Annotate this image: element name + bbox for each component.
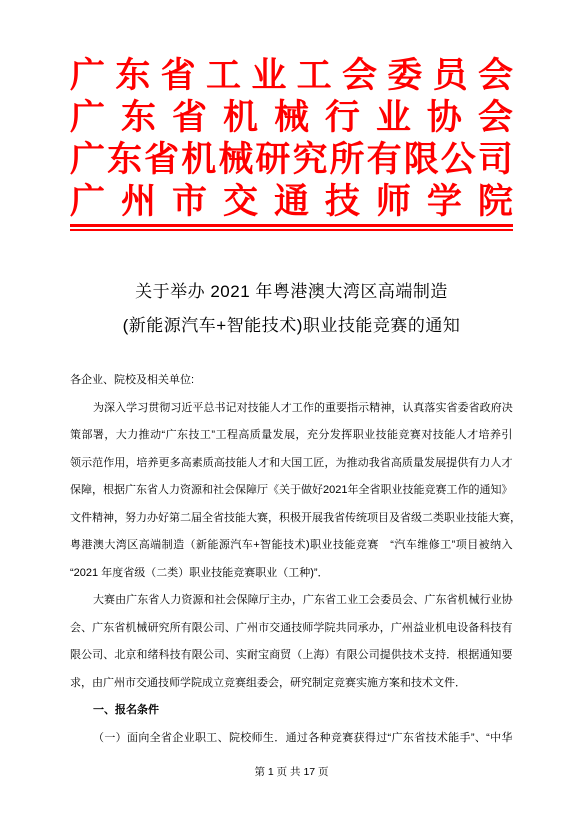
body-line: 为深入学习贯彻习近平总书记对技能人才工作的重要指示精神，认真落实省委省政府决	[70, 395, 513, 423]
body-line: 限公司、北京和绪科技有限公司、实耐宝商贸（上海）有限公司提供技术支持．根据通知要	[70, 642, 513, 670]
page-footer: 第 1 页 共 17 页	[70, 761, 513, 783]
body-line: 求，由广州市交通技师学院成立竞赛组委会，研究制定竞赛实施方案和技术文件．	[70, 670, 513, 698]
title-line-1: 关于举办 2021 年粤港澳大湾区高端制造	[70, 275, 513, 309]
body-line: 粤港澳大湾区高端制造（新能源汽车+智能技术)职业技能竞赛 “汽车维修工”项目被纳…	[70, 532, 513, 560]
title-line-2: (新能源汽车+智能技术)职业技能竞赛的通知	[70, 309, 513, 343]
document-body: 各企业、院校及相关单位: 为深入学习贯彻习近平总书记对技能人才工作的重要指示精神…	[70, 367, 513, 752]
document-title: 关于举办 2021 年粤港澳大湾区高端制造 (新能源汽车+智能技术)职业技能竞赛…	[70, 275, 513, 343]
body-line: 保障，根据广东省人力资源和社会保障厅《关于做好2021年全省职业技能竞赛工作的通…	[70, 477, 513, 505]
body-line: “2021 年度省级（二类）职业技能竞赛职业（工种)”．	[70, 560, 513, 588]
body-line: 领示范作用，培养更多高素质高技能人才和大国工匠，为推动我省高质量发展提供有力人才	[70, 450, 513, 478]
body-lines: 为深入学习贯彻习近平总书记对技能人才工作的重要指示精神，认真落实省委省政府决策部…	[70, 395, 513, 753]
document-page: 广东省工业工会委员会广东省机械行业协会广东省机械研究所有限公司广州市交通技师学院…	[0, 0, 583, 829]
body-line: （一）面向全省企业职工、院校师生．通过各种竞赛获得过“广东省技术能手”、“中华	[70, 725, 513, 753]
letterhead: 广东省工业工会委员会广东省机械行业协会广东省机械研究所有限公司广州市交通技师学院	[70, 52, 513, 220]
page-number: 第 1 页 共 17 页	[254, 766, 328, 778]
letterhead-line: 广东省机械研究所有限公司	[70, 136, 513, 178]
salutation: 各企业、院校及相关单位:	[70, 367, 513, 395]
letterhead-line: 广东省工业工会委员会	[70, 52, 513, 94]
section-heading: 一、报名条件	[70, 697, 513, 725]
letterhead-divider	[70, 224, 513, 231]
letterhead-line: 广州市交通技师学院	[70, 178, 513, 220]
body-line: 策部署，大力推动“广东技工”工程高质量发展，充分发挥职业技能竞赛对技能人才培养引	[70, 422, 513, 450]
body-line: 会、广东省机械研究所有限公司、广州市交通技师学院共同承办，广州益业机电设备科技有	[70, 615, 513, 643]
body-line: 大赛由广东省人力资源和社会保障厅主办，广东省工业工会委员会、广东省机械行业协	[70, 587, 513, 615]
letterhead-line: 广东省机械行业协会	[70, 94, 513, 136]
body-line: 文件精神，努力办好第二届全省技能大赛，积极开展我省传统项目及省级二类职业技能大赛…	[70, 505, 513, 533]
